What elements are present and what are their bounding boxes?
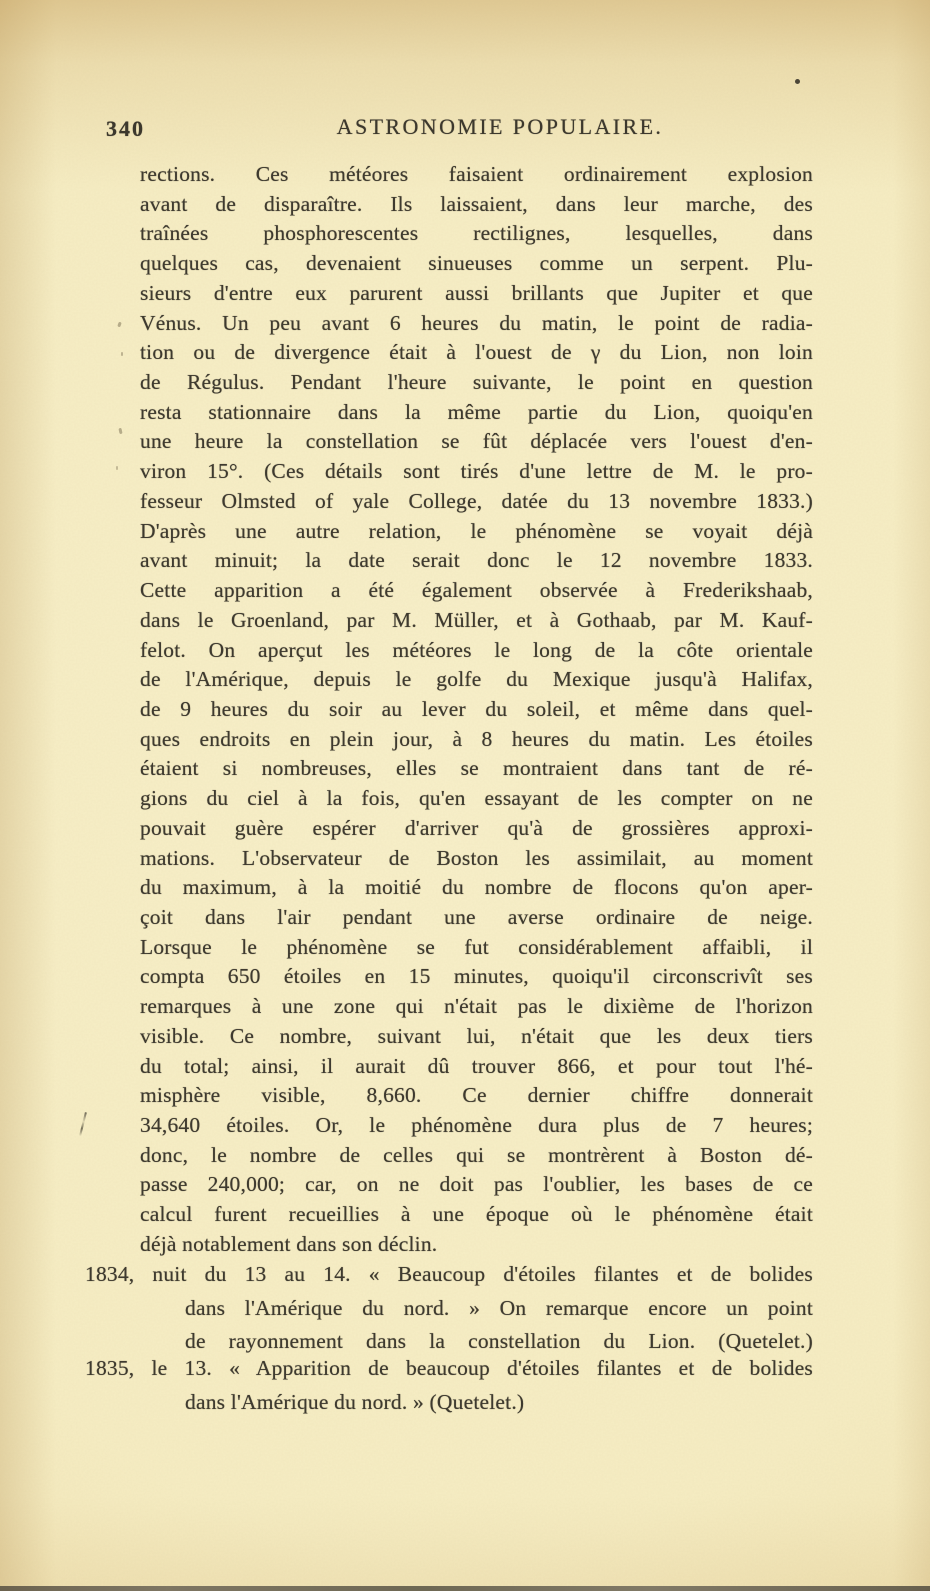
text-line: Vénus. Un peu avant 6 heures du matin, l… xyxy=(140,309,813,339)
entry-1835: 1835, le 13. « Apparition de beaucoup d'… xyxy=(85,1352,813,1419)
text-line: du maximum, à la moitié du nombre de flo… xyxy=(140,873,813,903)
text-line: avant minuit; la date serait donc le 12 … xyxy=(140,546,813,576)
text-line: avant de disparaître. Ils laissaient, da… xyxy=(140,190,813,220)
text-line: fesseur Olmsted of yale College, datée d… xyxy=(140,487,813,517)
body-text: rections. Ces météores faisaient ordinai… xyxy=(140,160,813,1260)
text-line: étaient si nombreuses, elles se montraie… xyxy=(140,754,813,784)
margin-speck xyxy=(121,352,123,356)
text-line: gions du ciel à la fois, qu'en essayant … xyxy=(140,784,813,814)
text-line: sieurs d'entre eux parurent aussi brilla… xyxy=(140,279,813,309)
text-line: donc, le nombre de celles qui se montrèr… xyxy=(140,1141,813,1171)
text-line: viron 15°. (Ces détails sont tirés d'une… xyxy=(140,457,813,487)
text-line: compta 650 étoiles en 15 minutes, quoiqu… xyxy=(140,962,813,992)
text-line: passe 240,000; car, on ne doit pas l'oub… xyxy=(140,1170,813,1200)
text-line: 1835, le 13. « Apparition de beaucoup d'… xyxy=(85,1352,813,1386)
text-line: 1834, nuit du 13 au 14. « Beaucoup d'éto… xyxy=(85,1258,813,1292)
text-line: 34,640 étoiles. Or, le phénomène dura pl… xyxy=(140,1111,813,1141)
text-line: déjà notablement dans son déclin. xyxy=(140,1230,813,1260)
text-line: ques endroits en plein jour, à 8 heures … xyxy=(140,725,813,755)
text-line: Cette apparition a été également observé… xyxy=(140,576,813,606)
text-line: visible. Ce nombre, suivant lui, n'était… xyxy=(140,1022,813,1052)
page-number: 340 xyxy=(106,116,145,142)
text-line: Lorsque le phénomène se fut considérable… xyxy=(140,933,813,963)
text-line: tion ou de divergence était à l'ouest de… xyxy=(140,338,813,368)
text-line: calcul furent recueillies à une époque o… xyxy=(140,1200,813,1230)
text-line: remarques à une zone qui n'était pas le … xyxy=(140,992,813,1022)
text-line: dans l'Amérique du nord. » (Quetelet.) xyxy=(85,1386,813,1420)
running-title: ASTRONOMIE POPULAIRE. xyxy=(265,114,735,140)
scan-bottom-edge xyxy=(0,1586,930,1591)
text-line: misphère visible, 8,660. Ce dernier chif… xyxy=(140,1081,813,1111)
text-line: çoit dans l'air pendant une averse ordin… xyxy=(140,903,813,933)
text-line: une heure la constellation se fût déplac… xyxy=(140,427,813,457)
text-line: resta stationnaire dans la même partie d… xyxy=(140,398,813,428)
text-line: rections. Ces météores faisaient ordinai… xyxy=(140,160,813,190)
ink-dot xyxy=(795,79,800,84)
text-line: dans l'Amérique du nord. » On remarque e… xyxy=(85,1292,813,1326)
margin-speck xyxy=(118,428,122,434)
text-line: traînées phosphorescentes rectilignes, l… xyxy=(140,219,813,249)
text-line: de 9 heures du soir au lever du soleil, … xyxy=(140,695,813,725)
text-line: du total; ainsi, il aurait dû trouver 86… xyxy=(140,1052,813,1082)
text-line: pouvait guère espérer d'arriver qu'à de … xyxy=(140,814,813,844)
margin-speck xyxy=(116,466,118,470)
text-line: D'après une autre relation, le phénomène… xyxy=(140,517,813,547)
entry-1834: 1834, nuit du 13 au 14. « Beaucoup d'éto… xyxy=(85,1258,813,1359)
text-line: de l'Amérique, depuis le golfe du Mexiqu… xyxy=(140,665,813,695)
text-line: felot. On aperçut les météores le long d… xyxy=(140,636,813,666)
text-line: de Régulus. Pendant l'heure suivante, le… xyxy=(140,368,813,398)
pen-stroke-mark xyxy=(79,1112,87,1136)
text-line: quelques cas, devenaient sinueuses comme… xyxy=(140,249,813,279)
text-line: dans le Groenland, par M. Müller, et à G… xyxy=(140,606,813,636)
book-page-scan: 340 ASTRONOMIE POPULAIRE. rections. Ces … xyxy=(0,0,930,1591)
margin-speck xyxy=(117,322,122,328)
text-line: mations. L'observateur de Boston les ass… xyxy=(140,844,813,874)
